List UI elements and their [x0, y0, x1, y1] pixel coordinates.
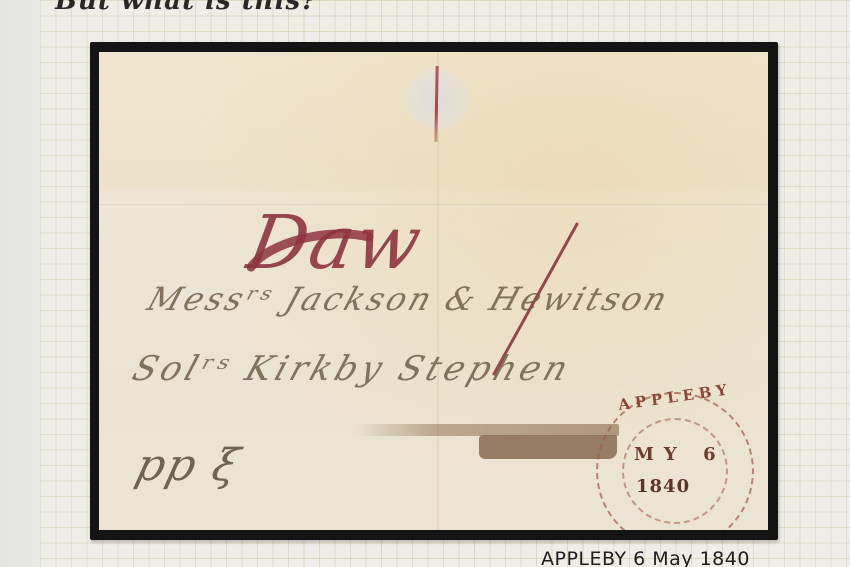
postmark-month-day: MY 6 [634, 444, 726, 465]
address-line-1: Messʳˢ Jackson & Hewitson [143, 280, 675, 318]
manuscript-note: pp ξ [131, 440, 246, 491]
postmark-year: 1840 [636, 476, 690, 497]
album-page-margin [0, 0, 40, 567]
postmark-month: MY [634, 444, 687, 465]
album-caption: APPLEBY 6 May 1840 [541, 548, 750, 567]
ink-blot [479, 435, 617, 459]
red-manuscript-marking: Daw [241, 200, 429, 286]
entire-letter-cover: Daw Messʳˢ Jackson & Hewitson Solʳˢ Kirk… [99, 52, 768, 530]
address-line-2: Solʳˢ Kirkby Stephen [128, 349, 577, 389]
postmark-day: 6 [703, 444, 726, 465]
postmark-inner-ring [622, 418, 728, 524]
page-heading: But what is this? [55, 0, 317, 16]
